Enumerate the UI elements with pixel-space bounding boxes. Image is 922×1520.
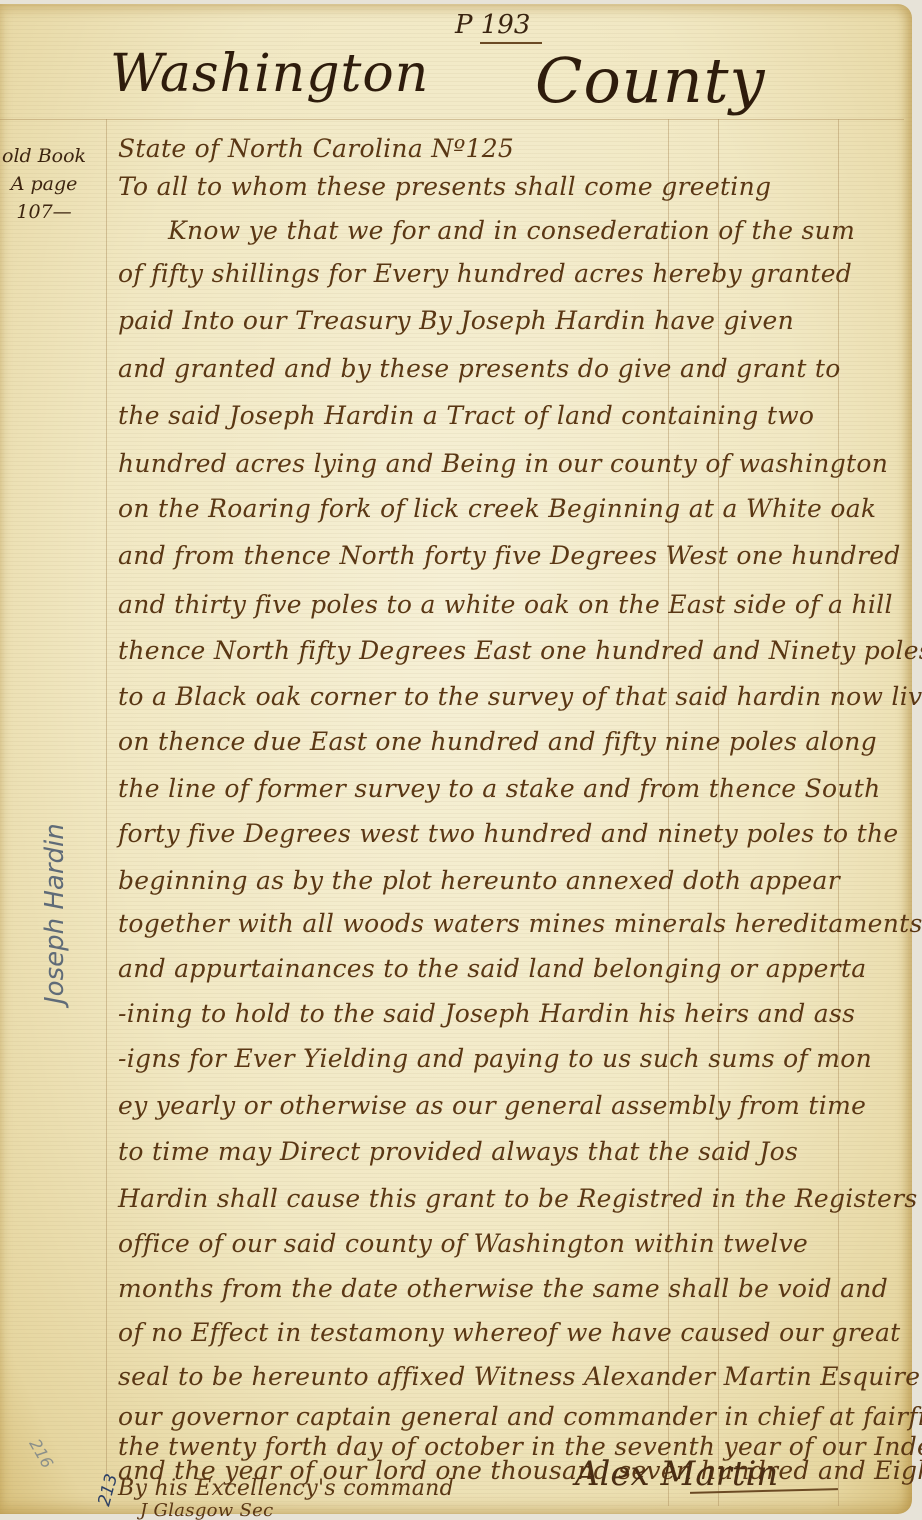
body-line: of fifty shillings for Every hundred acr… — [118, 259, 852, 288]
body-line: seal to be hereunto affixed Witness Alex… — [118, 1362, 920, 1391]
heading-county-label: County — [535, 44, 766, 117]
page-number-mark: 213 — [94, 1472, 122, 1509]
margin-note-line: old Book — [2, 142, 86, 170]
ledger-page: P 193 Washington County old Book A page … — [0, 4, 912, 1514]
body-line: and granted and by these presents do giv… — [118, 354, 841, 383]
body-line: thence North fifty Degrees East one hund… — [118, 636, 922, 665]
body-line: By his Excellency's command — [118, 1476, 454, 1501]
body-line: forty five Degrees west two hundred and … — [118, 819, 898, 848]
margin-note: old Book A page 107— — [2, 142, 86, 226]
body-line: and from thence North forty five Degrees… — [118, 541, 901, 570]
margin-note-line: 107— — [2, 198, 86, 226]
margin-rule-line — [106, 119, 107, 1506]
pencil-margin-name: Joseph Hardin — [40, 823, 70, 1004]
governor-signature: Alex Martin — [575, 1454, 778, 1494]
body-line: of no Effect in testamony whereof we hav… — [118, 1318, 901, 1347]
body-line: To all to whom these presents shall come… — [118, 172, 771, 201]
page-reference-underline — [480, 42, 542, 44]
body-line: the said Joseph Hardin a Tract of land c… — [118, 401, 814, 430]
body-line: paid Into our Treasury By Joseph Hardin … — [118, 306, 794, 335]
body-line: State of North Carolina Nº125 — [118, 134, 514, 163]
body-line: the line of former survey to a stake and… — [118, 774, 881, 803]
body-line: to time may Direct provided always that … — [118, 1137, 798, 1166]
body-line: and appurtainances to the said land belo… — [118, 954, 866, 983]
body-line: and thirty five poles to a white oak on … — [118, 590, 893, 619]
body-line: together with all woods waters mines min… — [118, 909, 922, 938]
page-reference: P 193 — [455, 10, 530, 40]
body-line: on the Roaring fork of lick creek Beginn… — [118, 494, 876, 523]
heading-county-name: Washington — [110, 44, 429, 104]
body-line: -igns for Ever Yielding and paying to us… — [118, 1044, 872, 1073]
body-line: months from the date otherwise the same … — [118, 1274, 888, 1303]
body-line: to a Black oak corner to the survey of t… — [118, 682, 922, 711]
pencil-margin-mark: 216 — [25, 1436, 57, 1472]
body-line: office of our said county of Washington … — [118, 1229, 808, 1258]
body-line: our governor captain general and command… — [118, 1402, 922, 1431]
body-line: ey yearly or otherwise as our general as… — [118, 1091, 866, 1120]
body-line: Know ye that we for and in consederation… — [168, 216, 855, 245]
body-line: -ining to hold to the said Joseph Hardin… — [118, 999, 855, 1028]
secretary-signature: J Glasgow Sec — [140, 1500, 274, 1520]
body-line: on thence due East one hundred and fifty… — [118, 727, 877, 756]
body-line: hundred acres lying and Being in our cou… — [118, 449, 888, 478]
header-rule-line — [0, 119, 904, 120]
body-line: beginning as by the plot hereunto annexe… — [118, 866, 840, 895]
body-line: Hardin shall cause this grant to be Regi… — [118, 1184, 918, 1213]
margin-note-line: A page — [2, 170, 86, 198]
